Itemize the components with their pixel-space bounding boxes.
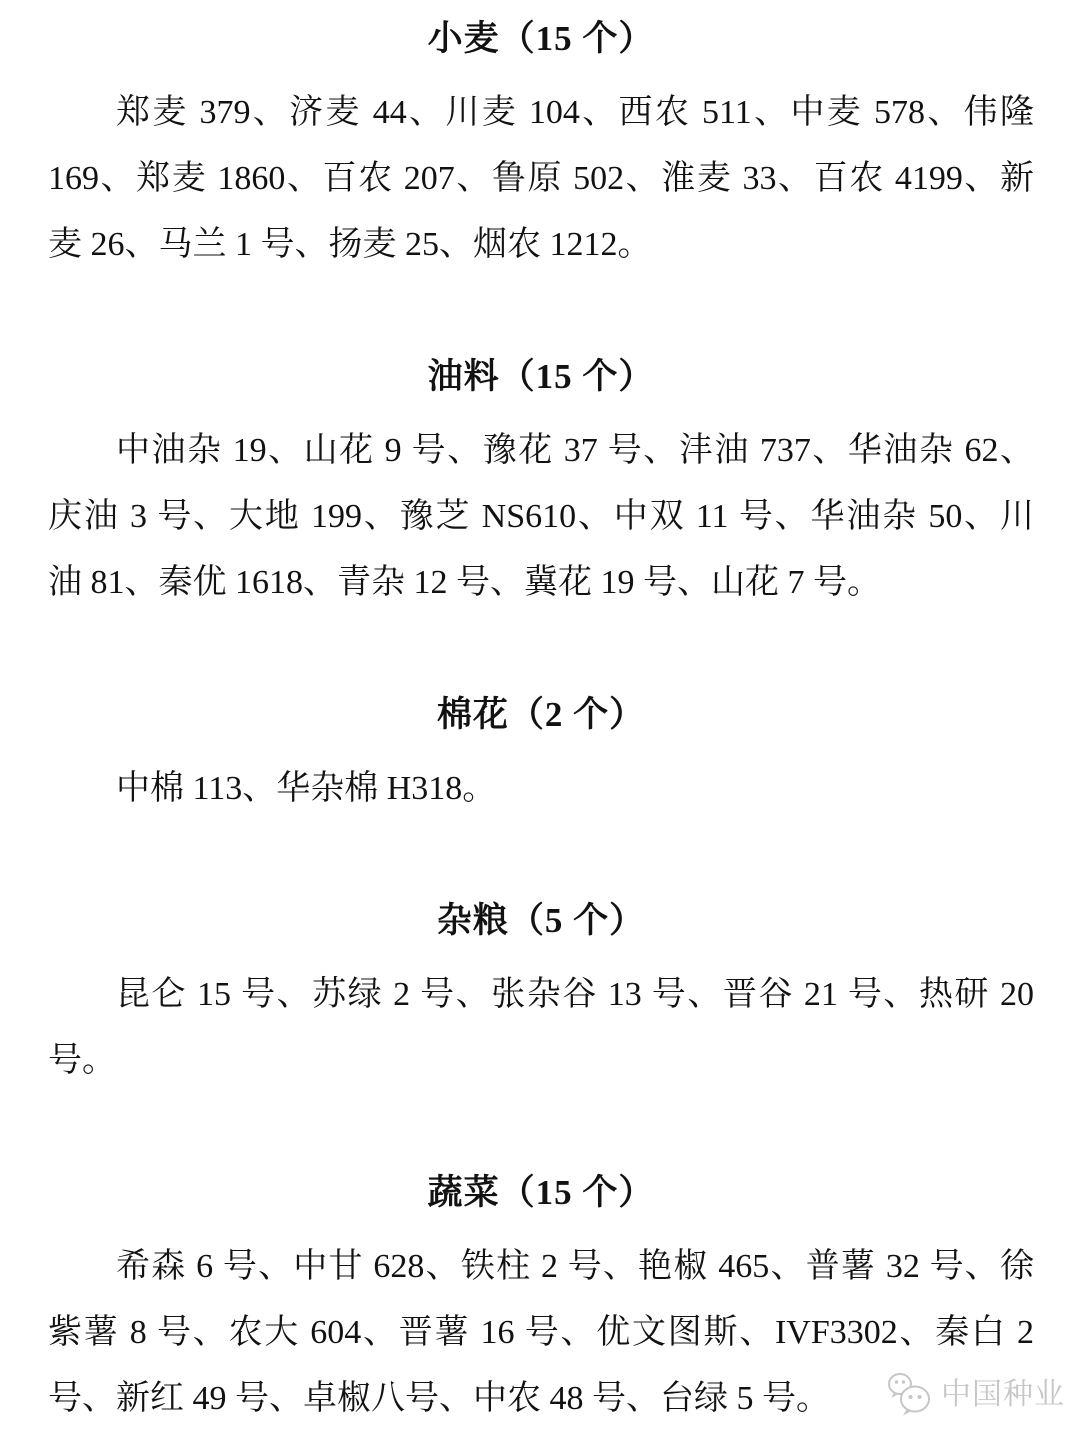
document-page: 小麦（15 个）郑麦 379、济麦 44、川麦 104、西农 511、中麦 57… bbox=[0, 0, 1080, 1442]
variety-list-paragraph: 中棉 113、华杂棉 H318。 bbox=[48, 756, 1034, 822]
variety-list-line: 庆油 3 号、大地 199、豫芝 NS610、中双 11 号、华油杂 50、川 bbox=[48, 484, 1034, 550]
variety-list-line: 郑麦 379、济麦 44、川麦 104、西农 511、中麦 578、伟隆 bbox=[48, 80, 1034, 146]
crop-section: 棉花（2 个）中棉 113、华杂棉 H318。 bbox=[48, 682, 1034, 822]
watermark-text: 中国种业 bbox=[941, 1372, 1065, 1418]
sections-container: 小麦（15 个）郑麦 379、济麦 44、川麦 104、西农 511、中麦 57… bbox=[48, 6, 1034, 1432]
variety-list-line: 紫薯 8 号、农大 604、晋薯 16 号、优文图斯、IVF3302、秦白 2 bbox=[48, 1300, 1034, 1366]
variety-list-paragraph: 中油杂 19、山花 9 号、豫花 37 号、沣油 737、华油杂 62、庆油 3… bbox=[48, 418, 1034, 616]
wechat-icon bbox=[886, 1372, 934, 1418]
variety-list-line: 169、郑麦 1860、百农 207、鲁原 502、淮麦 33、百农 4199、… bbox=[48, 146, 1034, 212]
section-title: 蔬菜（15 个） bbox=[48, 1160, 1034, 1226]
variety-list-line: 号。 bbox=[48, 1028, 1034, 1094]
variety-list-line: 希森 6 号、中甘 628、铁柱 2 号、艳椒 465、普薯 32 号、徐 bbox=[48, 1234, 1034, 1300]
watermark: 中国种业 bbox=[886, 1372, 1065, 1418]
variety-list-paragraph: 昆仑 15 号、苏绿 2 号、张杂谷 13 号、晋谷 21 号、热研 20号。 bbox=[48, 962, 1034, 1094]
section-title: 小麦（15 个） bbox=[48, 6, 1034, 72]
section-title: 杂粮（5 个） bbox=[48, 888, 1034, 954]
variety-list-paragraph: 郑麦 379、济麦 44、川麦 104、西农 511、中麦 578、伟隆169、… bbox=[48, 80, 1034, 278]
section-title: 棉花（2 个） bbox=[48, 682, 1034, 748]
variety-list-line: 麦 26、马兰 1 号、扬麦 25、烟农 1212。 bbox=[48, 212, 1034, 278]
section-title: 油料（15 个） bbox=[48, 344, 1034, 410]
crop-section: 油料（15 个）中油杂 19、山花 9 号、豫花 37 号、沣油 737、华油杂… bbox=[48, 344, 1034, 616]
variety-list-line: 油 81、秦优 1618、青杂 12 号、冀花 19 号、山花 7 号。 bbox=[48, 550, 1034, 616]
variety-list-line: 中棉 113、华杂棉 H318。 bbox=[48, 756, 1034, 822]
variety-list-line: 中油杂 19、山花 9 号、豫花 37 号、沣油 737、华油杂 62、 bbox=[48, 418, 1034, 484]
crop-section: 小麦（15 个）郑麦 379、济麦 44、川麦 104、西农 511、中麦 57… bbox=[48, 6, 1034, 278]
crop-section: 杂粮（5 个）昆仑 15 号、苏绿 2 号、张杂谷 13 号、晋谷 21 号、热… bbox=[48, 888, 1034, 1094]
variety-list-line: 昆仑 15 号、苏绿 2 号、张杂谷 13 号、晋谷 21 号、热研 20 bbox=[48, 962, 1034, 1028]
